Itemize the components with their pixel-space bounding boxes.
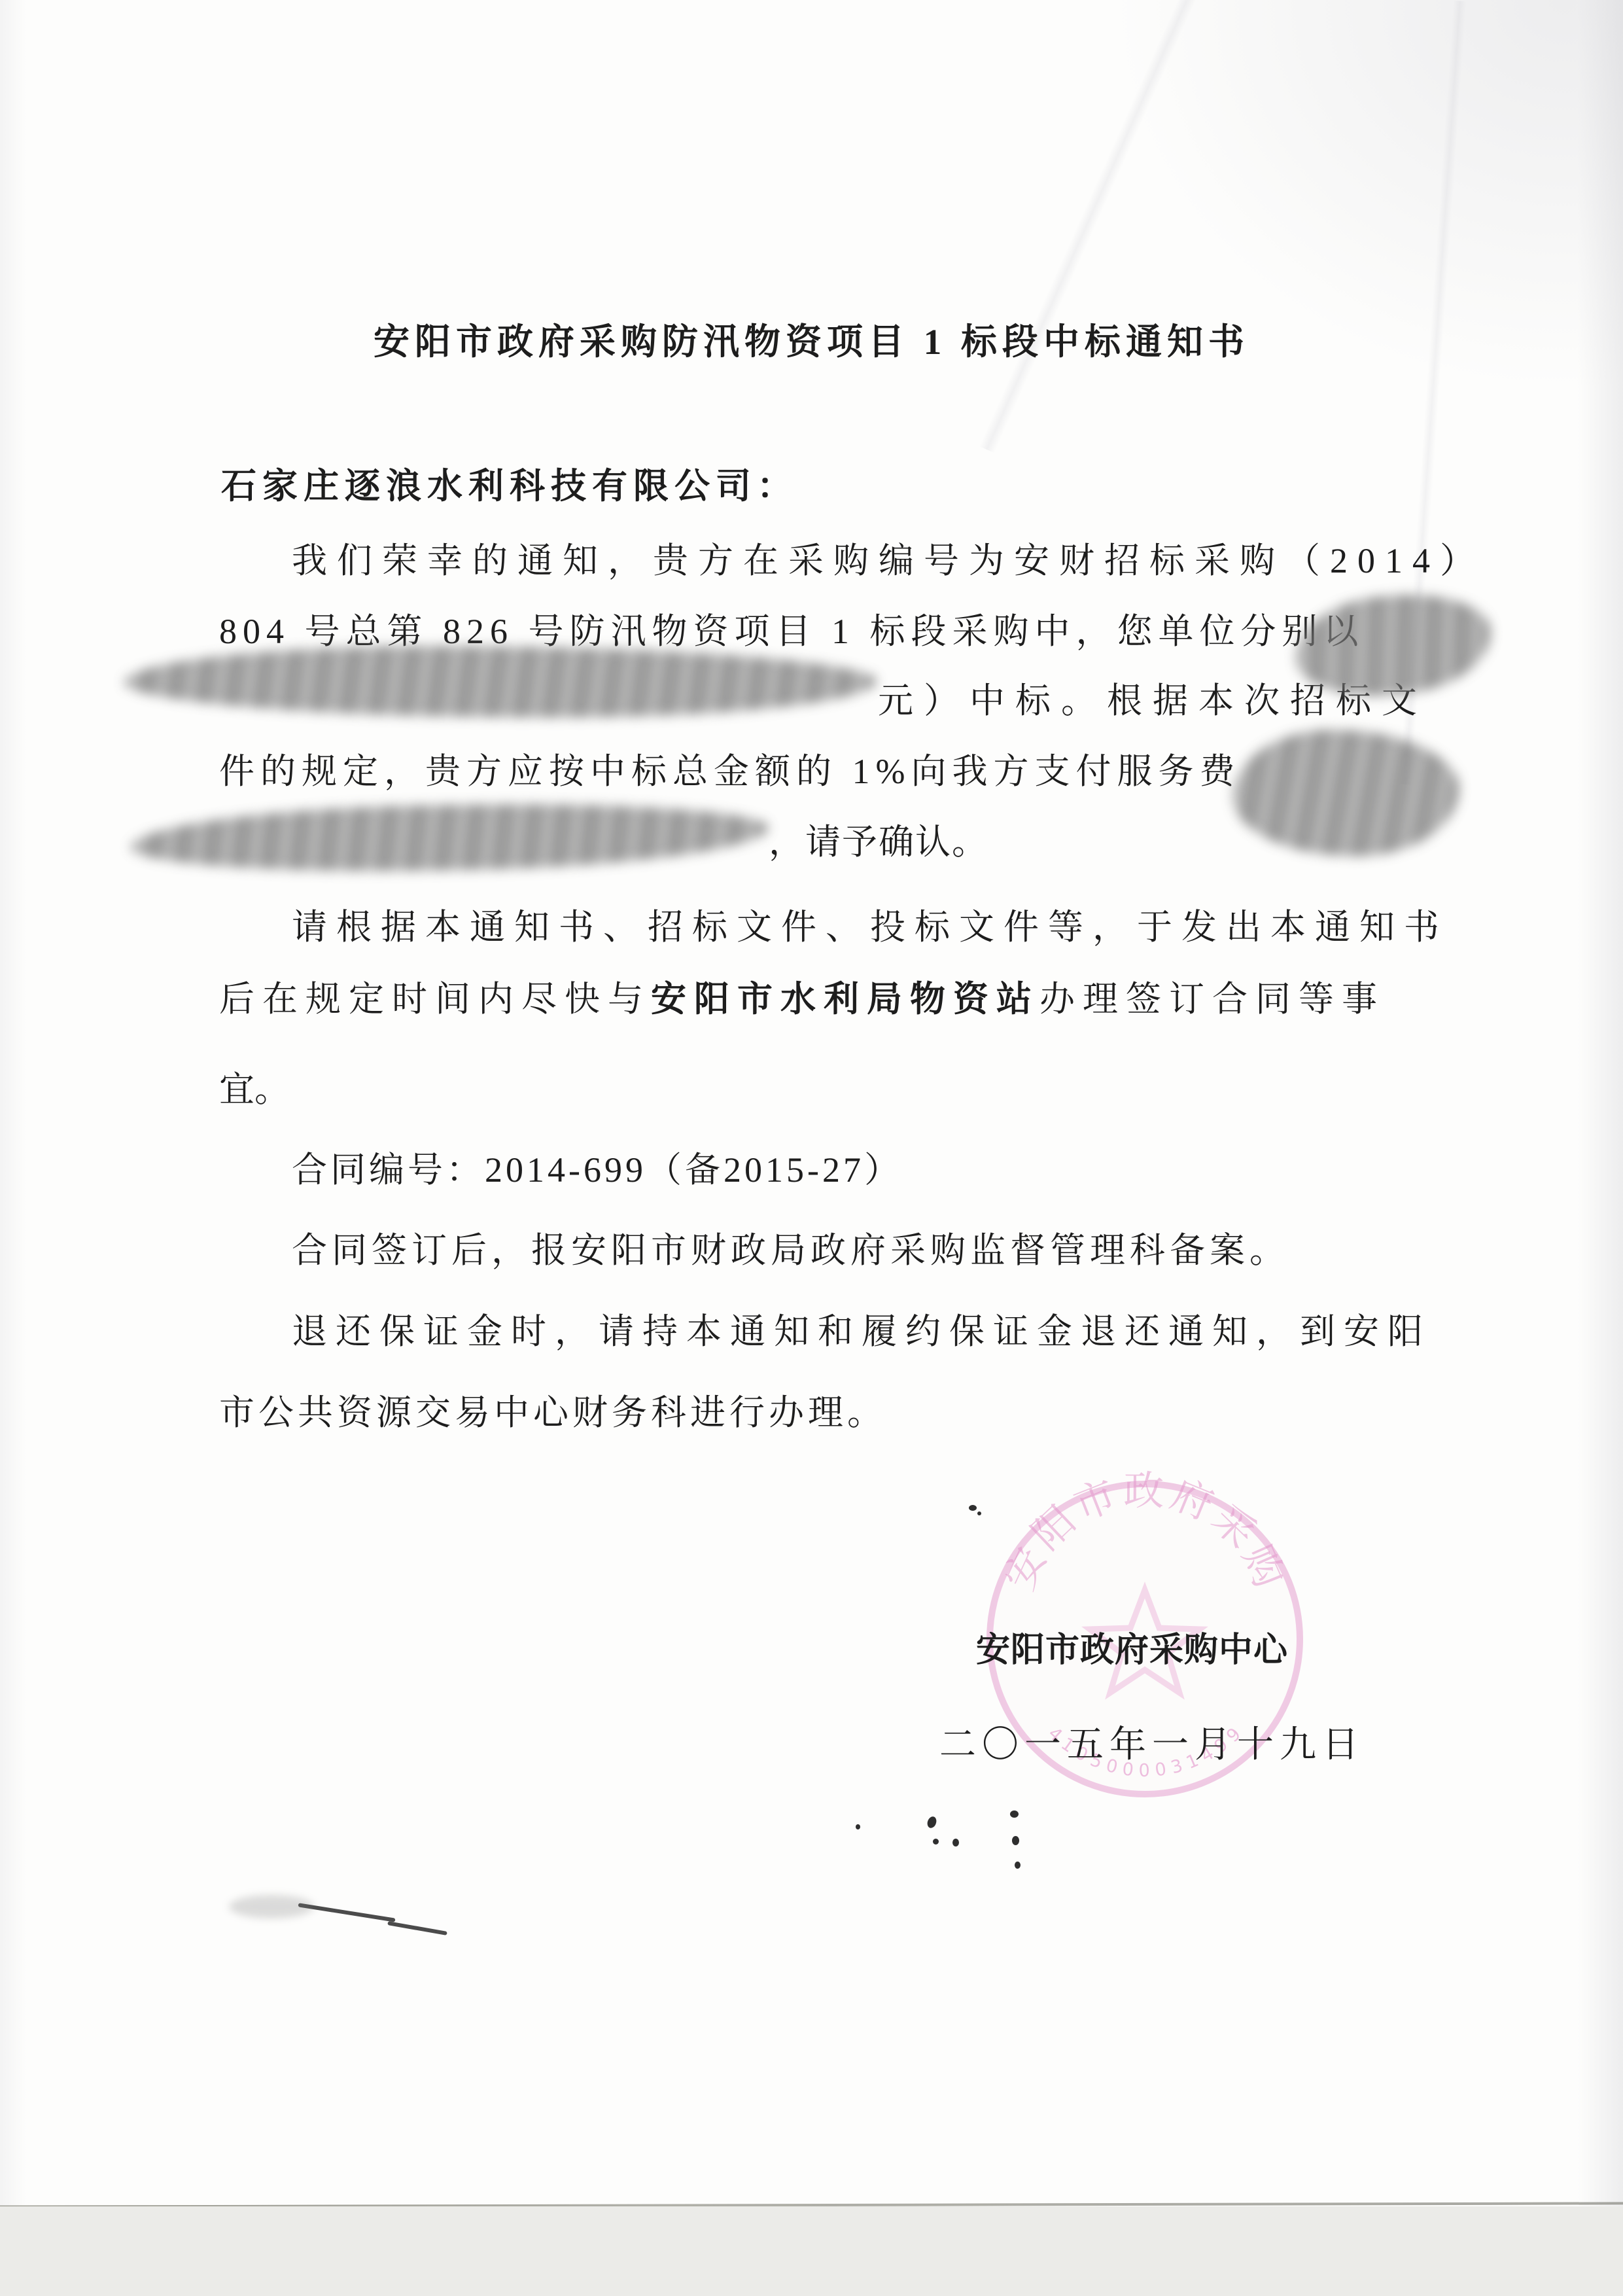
paragraph1-line4: 件的规定，贵方应按中标总金额的 1%向我方支付服务费 [219,751,1240,792]
signature-date: 二〇一五年一月十九日 [939,1725,1365,1765]
scanned-award-notice-page: 安阳市政府采购防汛物资项目 1 标段中标通知书 石家庄逐浪水利科技有限公司： 我… [0,0,1623,2296]
filing-line: 合同签订后，报安阳市财政局政府采购监督管理科备案。 [292,1230,1289,1271]
paragraph2-line2-prefix: 后在规定时间内尽快与 [219,980,651,1019]
ink-speck [1012,1836,1019,1845]
ink-scratch [387,1921,447,1935]
ink-speck [856,1824,860,1829]
ink-speck [926,1815,937,1829]
addressee-line: 石家庄逐浪水利科技有限公司： [221,466,798,506]
scanner-background-strip [0,2206,1623,2296]
ink-speck [969,1505,977,1511]
ink-speck [977,1511,981,1515]
document-title: 安阳市政府采购防汛物资项目 1 标段中标通知书 [374,322,1249,362]
contract-number-line: 合同编号：2014-699（备2015-27） [292,1150,903,1190]
refund-line2: 市公共资源交易中心财务科进行办理。 [219,1392,886,1433]
ink-speck [952,1839,959,1846]
redaction-smudge-line3-amount [124,643,877,721]
redaction-smudge-line4-end [1230,724,1462,862]
paragraph2-line3: 宜。 [219,1069,290,1110]
ink-smudge [229,1895,314,1918]
paragraph2-line1: 请根据本通知书、招标文件、投标文件等，于发出本通知书 [292,907,1448,947]
paper-shading-top-right [1034,0,1623,458]
ink-speck [1015,1862,1021,1869]
ink-speck [1010,1810,1019,1818]
paragraph1-line5-after-redaction: ，请予确认。 [769,822,988,862]
ink-speck [933,1839,939,1845]
paper-shading-left-edge [0,0,26,2296]
paragraph1-line1: 我们荣幸的通知，贵方在采购编号为安财招标采购（2014） [292,540,1485,581]
paragraph2-line2-bold-org: 安阳市水利局物资站 [651,980,1039,1019]
paper-shading-right-edge [1577,0,1623,2296]
paragraph2-line2: 后在规定时间内尽快与安阳市水利局物资站办理签订合同等事 [219,979,1385,1019]
redaction-smudge-line5-amount [130,799,769,875]
paragraph1-line2: 804 号总第 826 号防汛物资项目 1 标段采购中，您单位分别以 [219,611,1365,652]
redaction-smudge-line2-end [1291,587,1495,703]
paragraph2-line2-suffix: 办理签订合同等事 [1039,980,1385,1019]
signature-org: 安阳市政府采购中心 [976,1631,1288,1671]
refund-line1: 退还保证金时，请持本通知和履约保证金退还通知，到安阳 [292,1311,1431,1352]
